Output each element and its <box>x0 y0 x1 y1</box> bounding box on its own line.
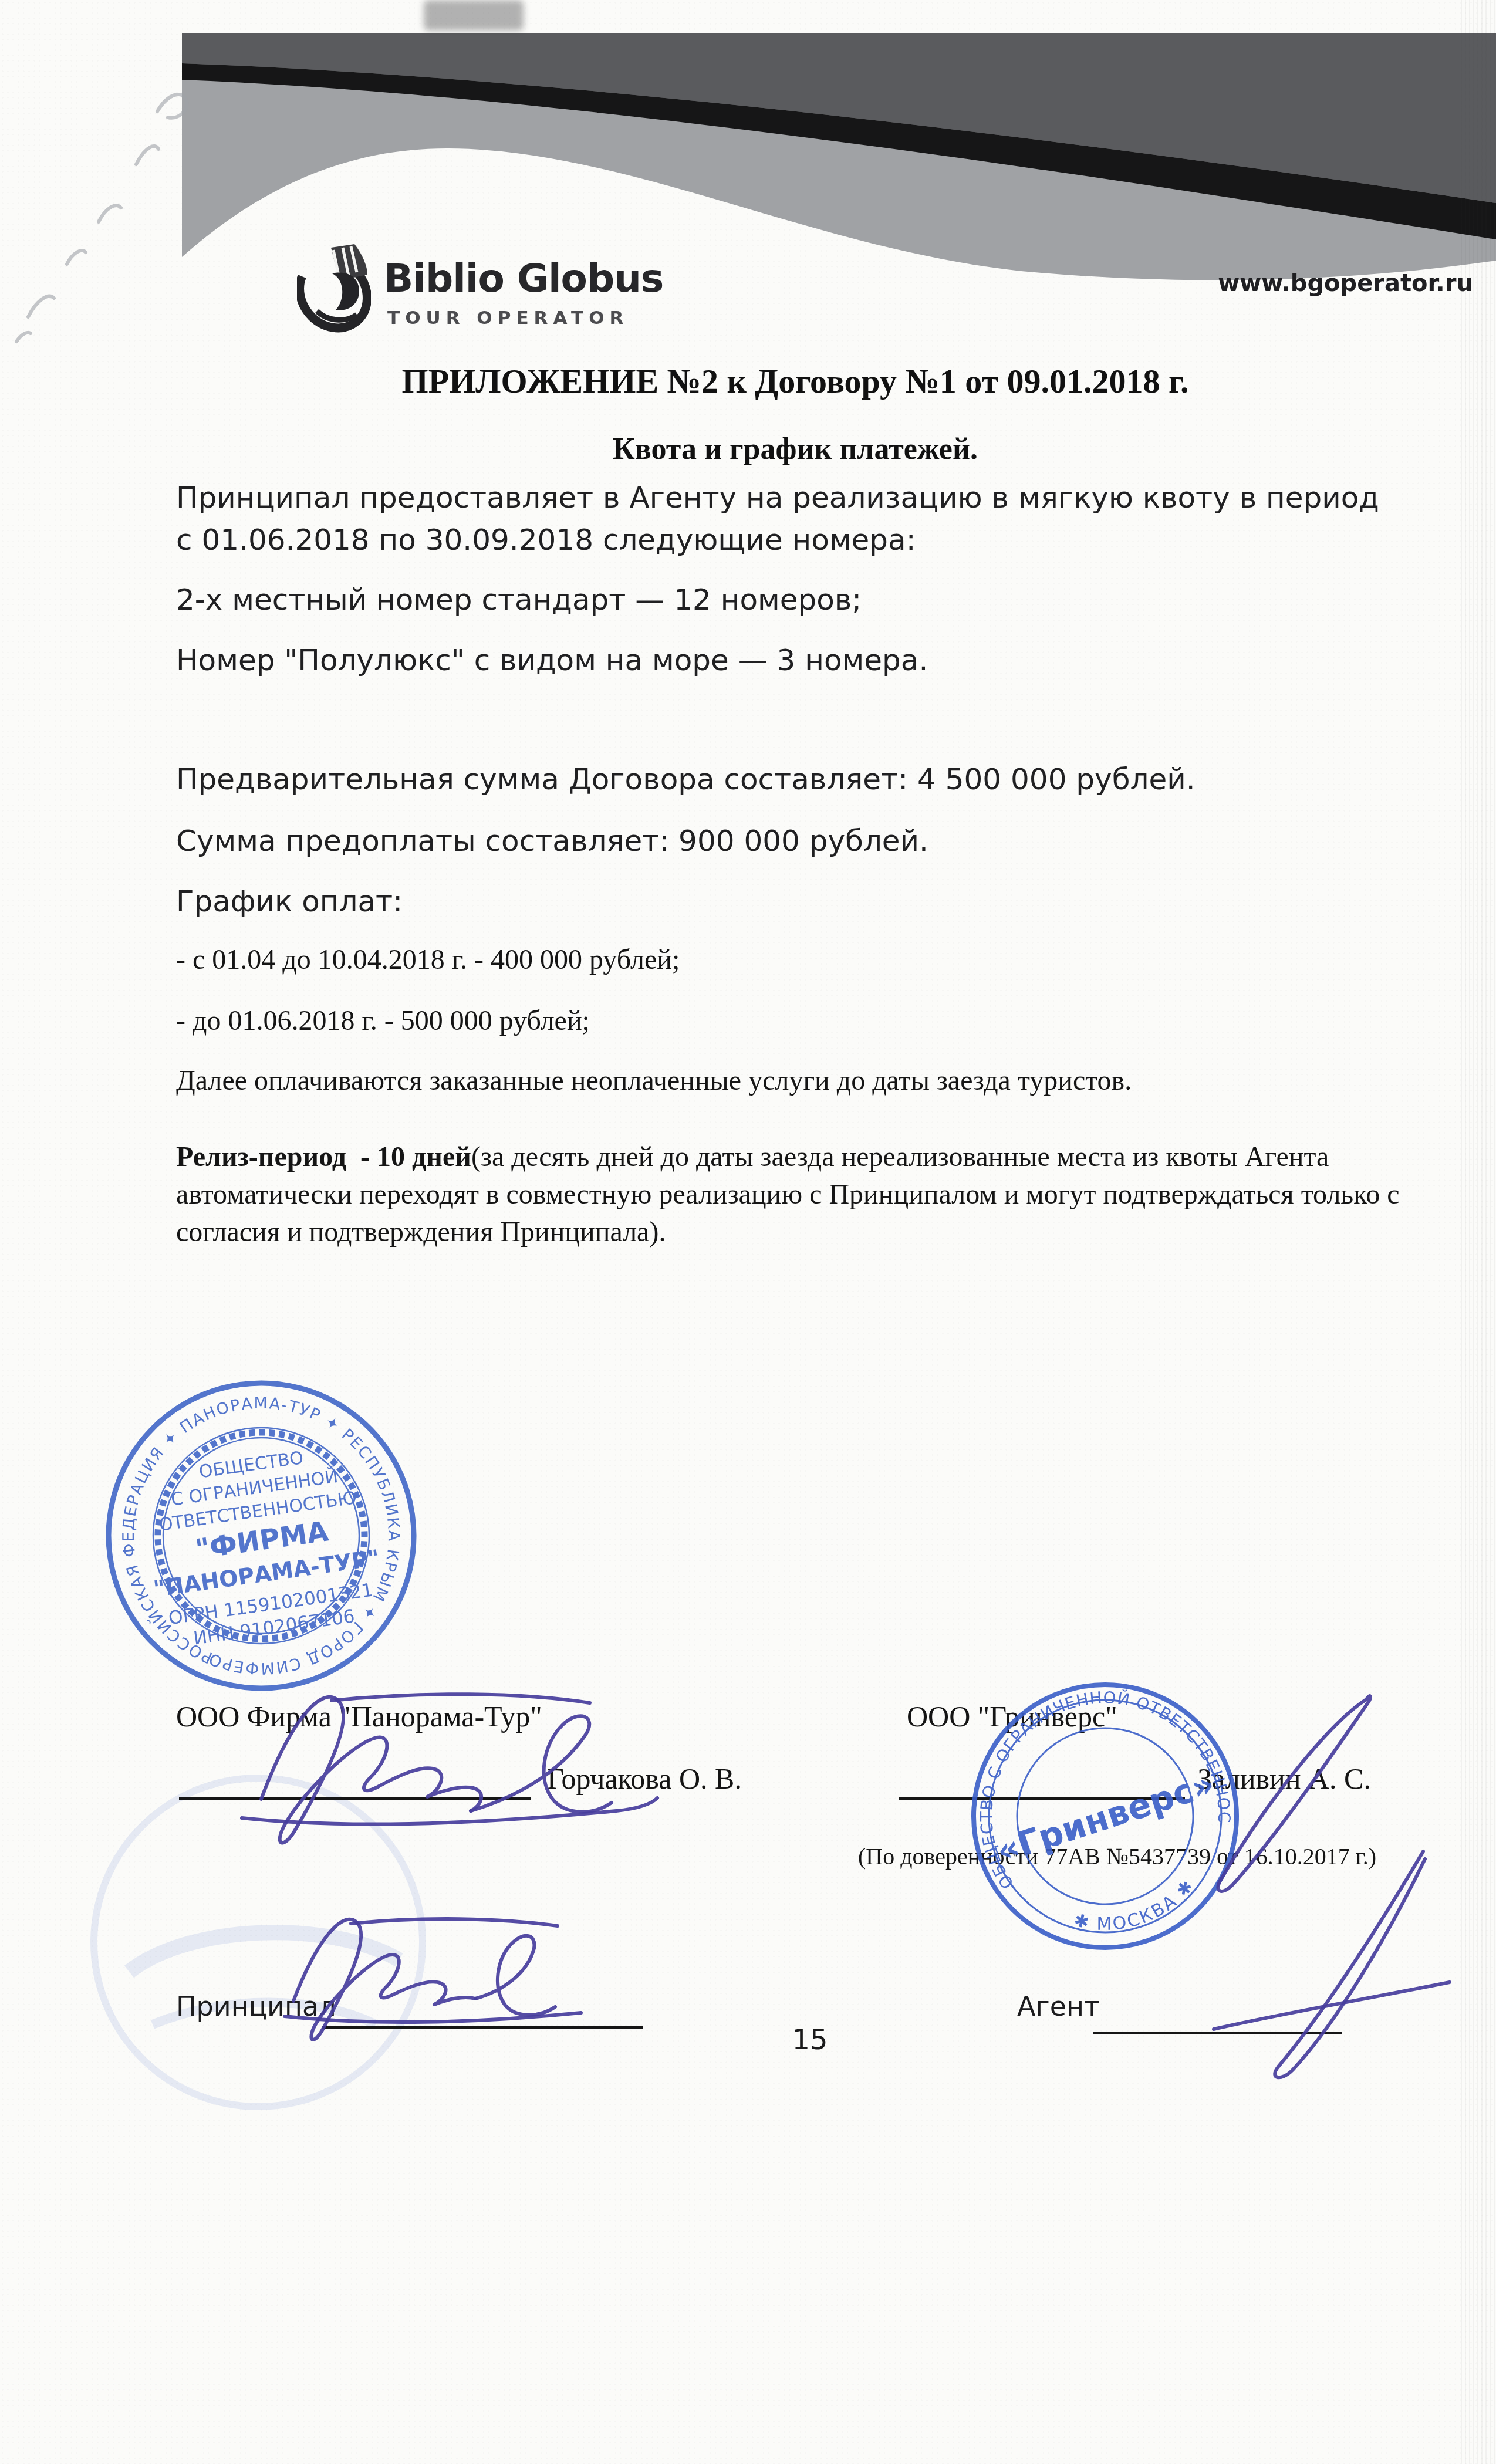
paragraph-schedule-item-2: - до 01.06.2018 г. - 500 000 рублей; <box>176 1002 1414 1040</box>
biblio-globus-logo-icon <box>297 242 371 334</box>
scan-artifact-smudge <box>424 0 524 31</box>
logo-brand-text: Biblio Globus <box>384 256 663 301</box>
document-title: ПРИЛОЖЕНИЕ №2 к Договору №1 от 09.01.201… <box>176 361 1414 401</box>
paragraph-room-standard: 2-х местный номер стандарт — 12 номеров; <box>176 579 1403 621</box>
handwritten-signature-principal <box>252 1901 675 2060</box>
paragraph-schedule-heading: График оплат: <box>176 880 1403 922</box>
website-url: www.bgoperator.ru <box>1203 270 1473 297</box>
paragraph-schedule-item-1: - с 01.04 до 10.04.2018 г. - 400 000 руб… <box>176 941 1414 979</box>
handwritten-signature-gorchakova <box>205 1676 693 1858</box>
page-number: 15 <box>775 2023 845 2056</box>
handwritten-signature-agent <box>1197 1831 1479 2101</box>
paragraph-room-semilux: Номер "Полулюкс" с видом на море — 3 ном… <box>176 639 1403 681</box>
stamp-panorama-tur: РОССИЙСКАЯ ФЕДЕРАЦИЯ ✦ ПАНОРАМА-ТУР ✦ РЕ… <box>101 1375 421 1696</box>
scanned-contract-page: Biblio Globus TOUR OPERATOR www.bgoperat… <box>0 0 1496 2464</box>
paragraph-prepayment: Сумма предоплаты составляет: 900 000 руб… <box>176 820 1403 862</box>
agent-label: Агент <box>1017 1990 1100 2022</box>
paragraph-quota-intro: Принципал предоставляет в Агенту на реал… <box>176 476 1403 561</box>
release-period-lead: Релиз-период - 10 дней <box>176 1141 471 1172</box>
document-subtitle: Квота и график платежей. <box>176 432 1414 467</box>
logo-tagline-text: TOUR OPERATOR <box>387 307 629 329</box>
pencil-scribble <box>11 76 193 358</box>
paragraph-further-payments: Далее оплачиваются заказанные неоплаченн… <box>176 1062 1414 1100</box>
paragraph-total-amount: Предварительная сумма Договора составляе… <box>176 758 1403 800</box>
paragraph-release-period: Релиз-период - 10 дней(за десять дней до… <box>176 1138 1414 1251</box>
header-wave-graphic <box>182 27 1496 283</box>
